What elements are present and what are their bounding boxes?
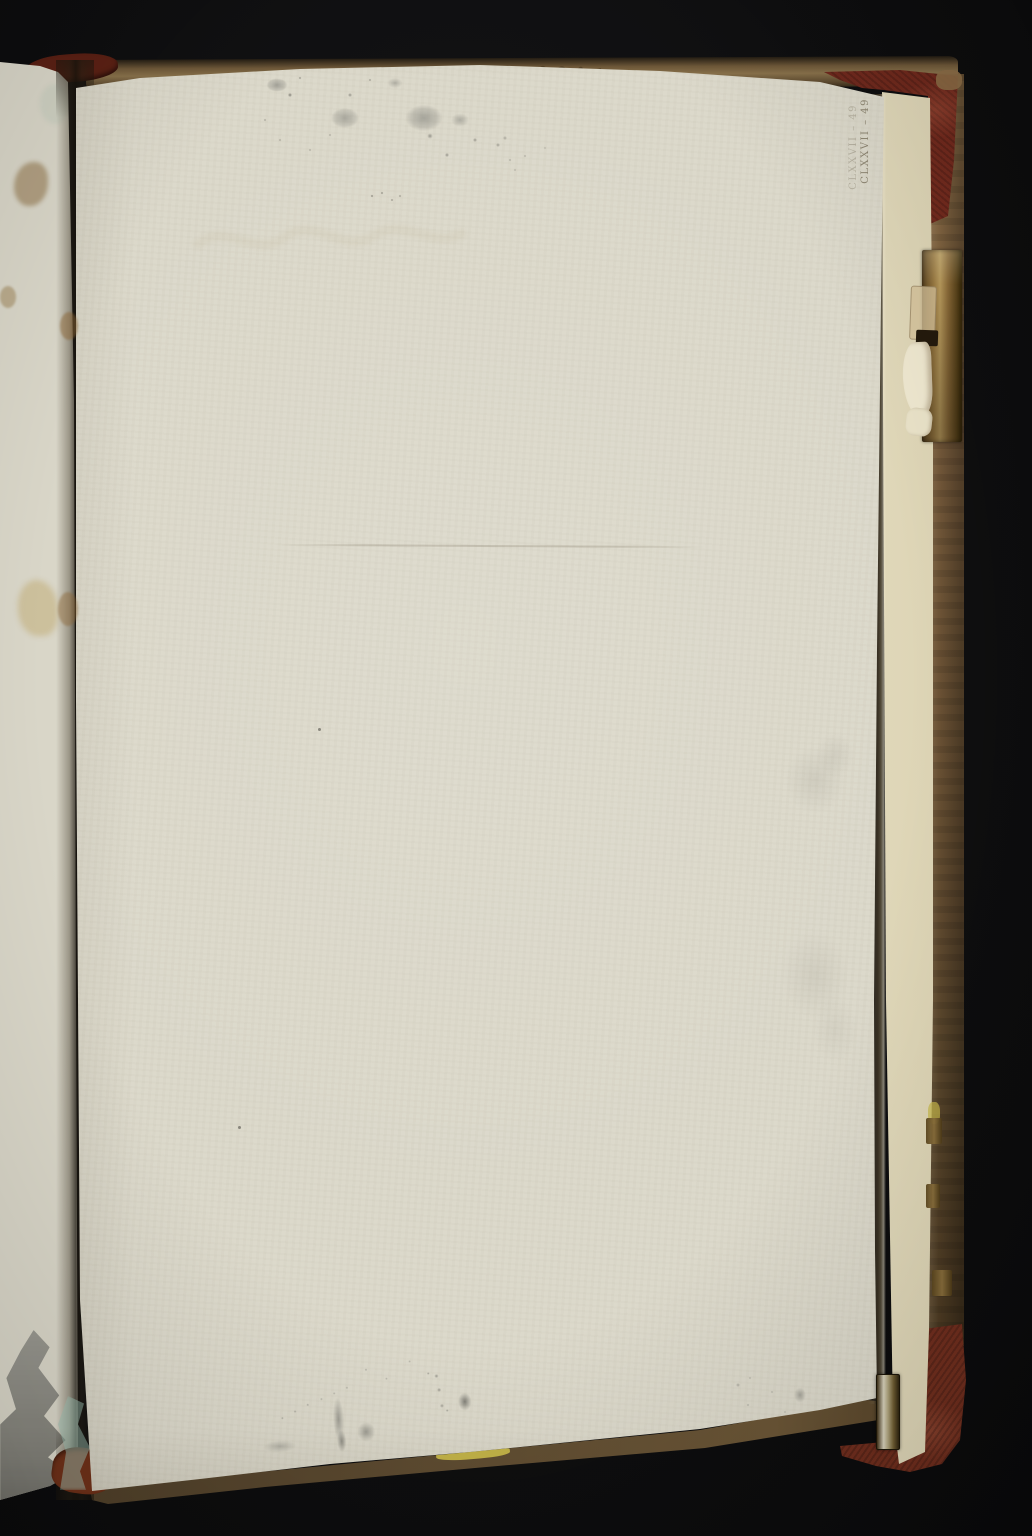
photo-of-open-sketchbook: CLXXVII – 49 CLXXVII – 49	[0, 0, 1032, 1536]
fly-speck	[318, 728, 321, 731]
fly-speck	[238, 1126, 241, 1129]
foxing-stain	[0, 286, 16, 308]
foxing-stain	[18, 580, 58, 636]
pink-speck	[853, 1430, 859, 1439]
brass-pin	[926, 1118, 942, 1144]
faint-smudge	[755, 905, 875, 1075]
paper-crease-line	[275, 544, 705, 548]
clasp-paper-tab	[905, 407, 934, 438]
foxing-stain	[14, 162, 48, 206]
brass-clasp-lower	[876, 1374, 900, 1450]
folio-number-stamp: CLXXVII – 49	[860, 98, 871, 184]
ghost-offset-marks	[185, 205, 475, 275]
grey-speckles	[490, 118, 560, 188]
gutter-foxing-spot	[60, 312, 78, 340]
faint-smudge	[765, 725, 865, 840]
brass-pin	[926, 1184, 940, 1208]
folio-number-stamp-echo: CLXXVII – 49	[848, 104, 859, 190]
leather-wear-patch	[936, 70, 962, 90]
gutter-foxing-spot	[58, 592, 78, 626]
brass-pin	[932, 1270, 952, 1296]
